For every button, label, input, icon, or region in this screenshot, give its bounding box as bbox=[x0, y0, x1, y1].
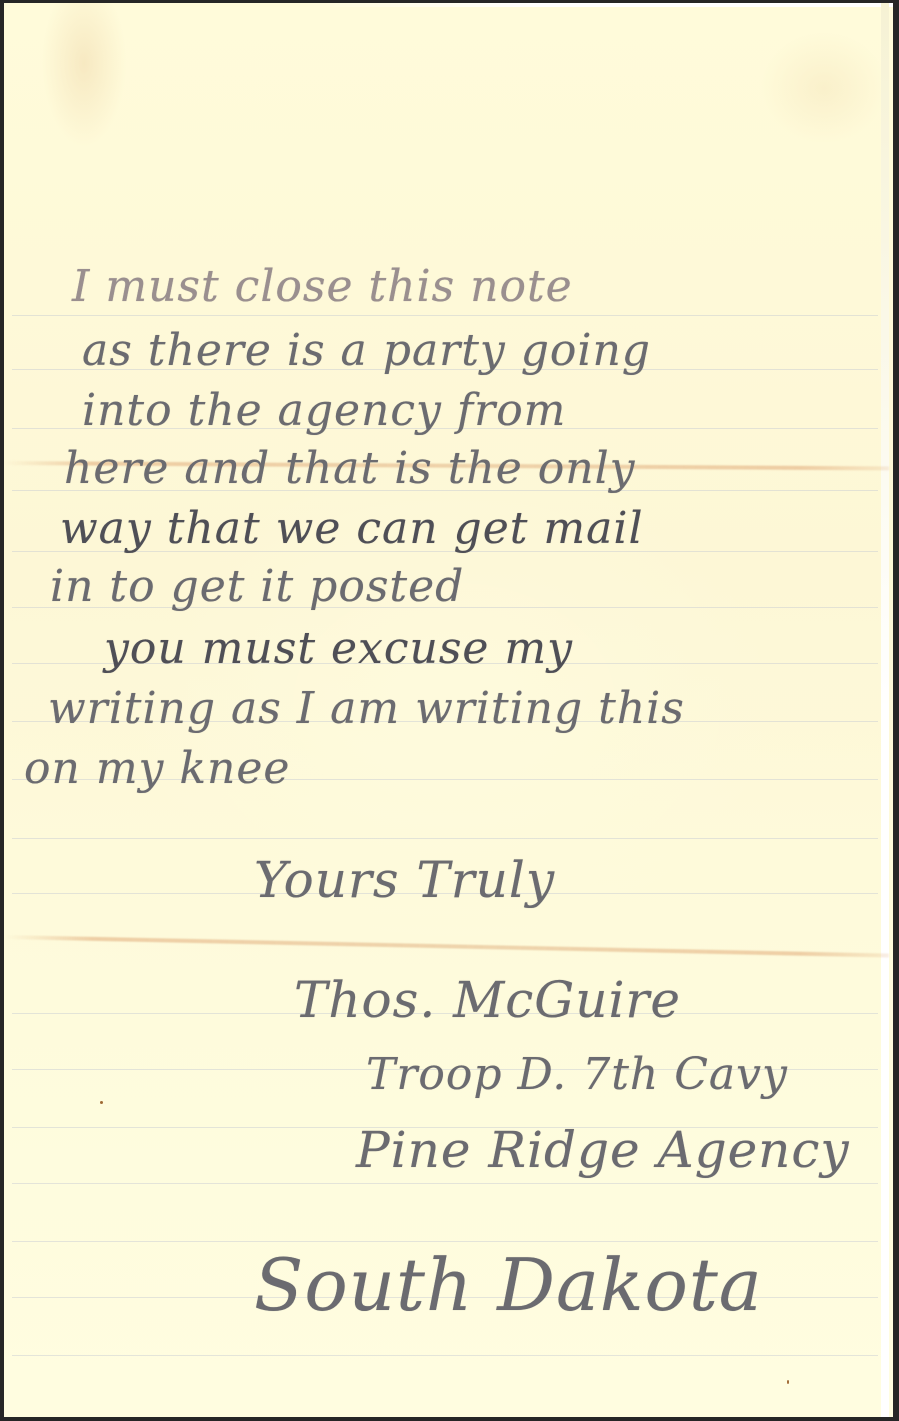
ink-speck bbox=[100, 1101, 103, 1104]
letter-line-4: here and that is the only bbox=[64, 443, 636, 494]
signature-location-2: South Dakota bbox=[254, 1243, 763, 1327]
letter-line-6: in to get it posted bbox=[50, 561, 464, 612]
letter-line-7: you must excuse my bbox=[104, 623, 573, 674]
letter-line-8: writing as I am writing this bbox=[48, 683, 685, 734]
ruled-line bbox=[12, 1241, 878, 1242]
ruled-line bbox=[12, 315, 878, 316]
ruled-line bbox=[12, 1183, 878, 1184]
paper-edge-right bbox=[881, 3, 889, 1417]
signature-unit: Troop D. 7th Cavy bbox=[366, 1049, 788, 1100]
ink-speck bbox=[787, 1380, 789, 1384]
letter-line-2: as there is a party going bbox=[82, 325, 651, 376]
ruled-line bbox=[12, 838, 878, 839]
signature-location-1: Pine Ridge Agency bbox=[356, 1121, 850, 1179]
fold-stain bbox=[4, 935, 889, 958]
letter-line-9: on my knee bbox=[24, 743, 290, 794]
signature-name: Thos. McGuire bbox=[294, 971, 681, 1029]
paper-edge-top bbox=[304, 3, 893, 7]
scan-frame: I must close this note as there is a par… bbox=[0, 0, 899, 1421]
letter-line-3: into the agency from bbox=[82, 385, 566, 436]
letter-line-5: way that we can get mail bbox=[60, 503, 644, 554]
letter-page: I must close this note as there is a par… bbox=[4, 3, 893, 1417]
letter-line-1: I must close this note bbox=[72, 261, 573, 312]
ruled-line bbox=[12, 1355, 878, 1356]
closing-salutation: Yours Truly bbox=[254, 851, 555, 909]
